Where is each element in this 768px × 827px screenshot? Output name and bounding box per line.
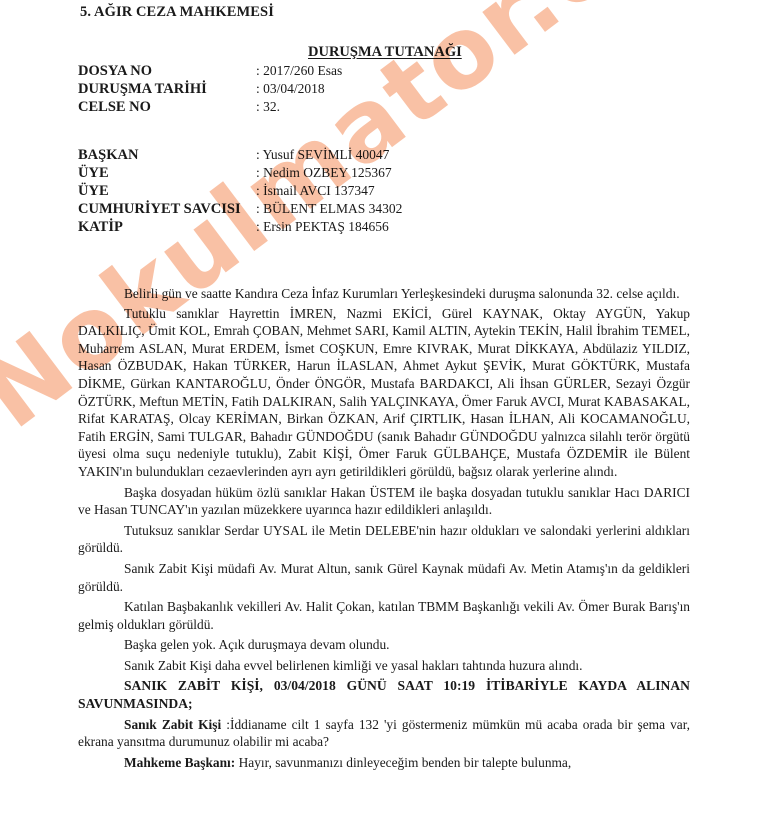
hearing-date-label: DURUŞMA TARİHİ — [78, 80, 256, 98]
session-number-label: CELSE NO — [78, 98, 256, 116]
case-info-row: CELSE NO: 32. — [78, 98, 342, 116]
minutes-body: Belirli gün ve saatte Kandıra Ceza İnfaz… — [78, 285, 690, 771]
clerk-value: : Ersin PEKTAŞ 184656 — [256, 218, 389, 236]
clerk-label: KATİP — [78, 218, 256, 236]
document-title: DURUŞMA TUTANAĞI — [308, 44, 462, 61]
hearing-date-value: : 03/04/2018 — [256, 80, 325, 98]
paragraph-defense-counsel: Sanık Zabit Kişi müdafi Av. Murat Altun,… — [78, 560, 690, 595]
speaker-court-president: Mahkeme Başkanı: — [124, 755, 235, 770]
president-label: BAŞKAN — [78, 146, 256, 164]
response-text: Hayır, savunmanızı dinleyeceğim benden b… — [235, 755, 571, 770]
panel-row: ÜYE: İsmail AVCI 137347 — [78, 182, 402, 200]
panel-row: KATİP: Ersin PEKTAŞ 184656 — [78, 218, 402, 236]
paragraph-court-response: Mahkeme Başkanı: Hayır, savunmanızı dinl… — [78, 754, 690, 772]
session-number-value: : 32. — [256, 98, 280, 116]
paragraph-intervening-parties: Katılan Başbakanlık vekilleri Av. Halit … — [78, 598, 690, 633]
member-value: : Nedim OZBEY 125367 — [256, 164, 392, 182]
paragraph-detained-defendants: Tutuklu sanıklar Hayrettin İMREN, Nazmi … — [78, 305, 690, 481]
case-info: DOSYA NO: 2017/260 Esas DURUŞMA TARİHİ: … — [78, 62, 342, 116]
file-number-value: : 2017/260 Esas — [256, 62, 342, 80]
court-name: 5. AĞIR CEZA MAHKEMESİ — [80, 4, 274, 21]
panel-row: CUMHURİYET SAVCISI: BÜLENT ELMAS 34302 — [78, 200, 402, 218]
paragraph-defendant-called: Sanık Zabit Kişi daha evvel belirlenen k… — [78, 657, 690, 675]
case-info-row: DOSYA NO: 2017/260 Esas — [78, 62, 342, 80]
court-panel: BAŞKAN: Yusuf SEVİMLİ 40047 ÜYE: Nedim O… — [78, 146, 402, 236]
file-number-label: DOSYA NO — [78, 62, 256, 80]
paragraph-opening: Belirli gün ve saatte Kandıra Ceza İnfaz… — [78, 285, 690, 303]
paragraph-other-file-defendants: Başka dosyadan hüküm özlü sanıklar Hakan… — [78, 484, 690, 519]
speaker-defendant: Sanık Zabit Kişi — [124, 717, 221, 732]
prosecutor-label: CUMHURİYET SAVCISI — [78, 200, 256, 218]
paragraph-defendant-statement: Sanık Zabit Kişi :İddianame cilt 1 sayfa… — [78, 716, 690, 751]
document-page: 5. AĞIR CEZA MAHKEMESİ DURUŞMA TUTANAĞI … — [0, 0, 768, 827]
president-value: : Yusuf SEVİMLİ 40047 — [256, 146, 389, 164]
member-value: : İsmail AVCI 137347 — [256, 182, 375, 200]
panel-row: ÜYE: Nedim OZBEY 125367 — [78, 164, 402, 182]
panel-row: BAŞKAN: Yusuf SEVİMLİ 40047 — [78, 146, 402, 164]
case-info-row: DURUŞMA TARİHİ: 03/04/2018 — [78, 80, 342, 98]
member-label: ÜYE — [78, 164, 256, 182]
paragraph-non-detained-defendants: Tutuksuz sanıklar Serdar UYSAL ile Metin… — [78, 522, 690, 557]
prosecutor-value: : BÜLENT ELMAS 34302 — [256, 200, 402, 218]
paragraph-continuation: Başka gelen yok. Açık duruşmaya devam ol… — [78, 636, 690, 654]
member-label: ÜYE — [78, 182, 256, 200]
defense-heading: SANIK ZABİT KİŞİ, 03/04/2018 GÜNÜ SAAT 1… — [78, 677, 690, 712]
